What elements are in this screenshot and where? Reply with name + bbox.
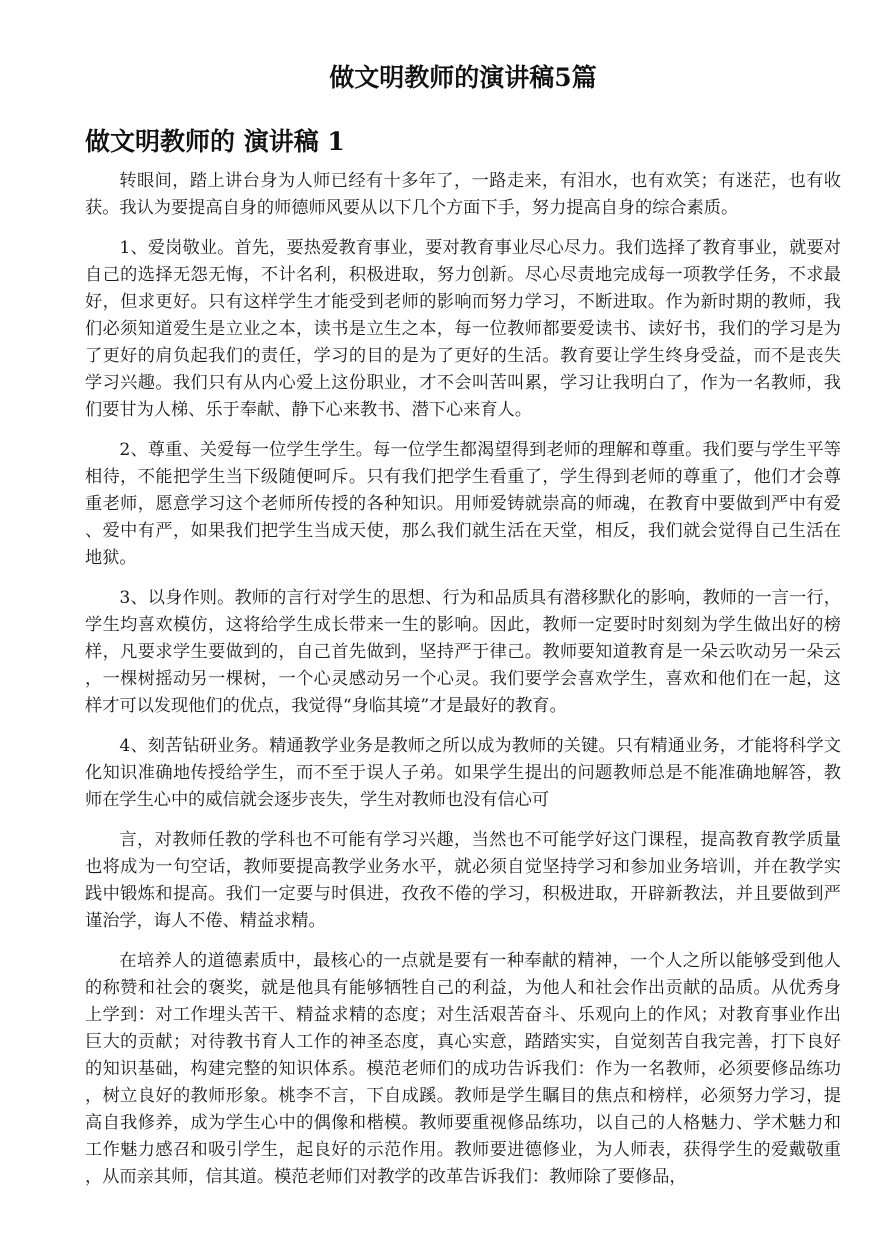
paragraph-point-1: 1、爱岗敬业。首先，要热爱教育事业，要对教育事业尽心尽力。我们选择了教育事业，就…: [85, 235, 841, 424]
section-heading: 做文明教师的 演讲稿 1: [85, 122, 345, 162]
paragraph-dedication: 在培养人的道德素质中，最核心的一点就是要有一种奉献的精神，一个人之所以能够受到他…: [85, 948, 841, 1191]
paragraph-point-4-continued: 言，对教师任教的学科也不可能有学习兴趣，当然也不可能学好这门课程，提高教育教学质…: [85, 827, 841, 935]
document-title: 做文明教师的演讲稿5篇: [85, 58, 841, 98]
paragraph-intro: 转眼间，踏上讲台身为人师已经有十多年了，一路走来，有泪水，也有欢笑；有迷茫，也有…: [85, 168, 841, 222]
paragraph-point-4: 4、刻苦钻研业务。精通教学业务是教师之所以成为教师的关键。只有精通业务，才能将科…: [85, 733, 841, 814]
paragraph-point-2: 2、尊重、关爱每一位学生学生。每一位学生都渴望得到老师的理解和尊重。我们要与学生…: [85, 437, 841, 572]
paragraph-point-3: 3、以身作则。教师的言行对学生的思想、行为和品质具有潜移默化的影响，教师的一言一…: [85, 585, 841, 720]
document-body: 转眼间，踏上讲台身为人师已经有十多年了，一路走来，有泪水，也有欢笑；有迷茫，也有…: [85, 168, 841, 1204]
